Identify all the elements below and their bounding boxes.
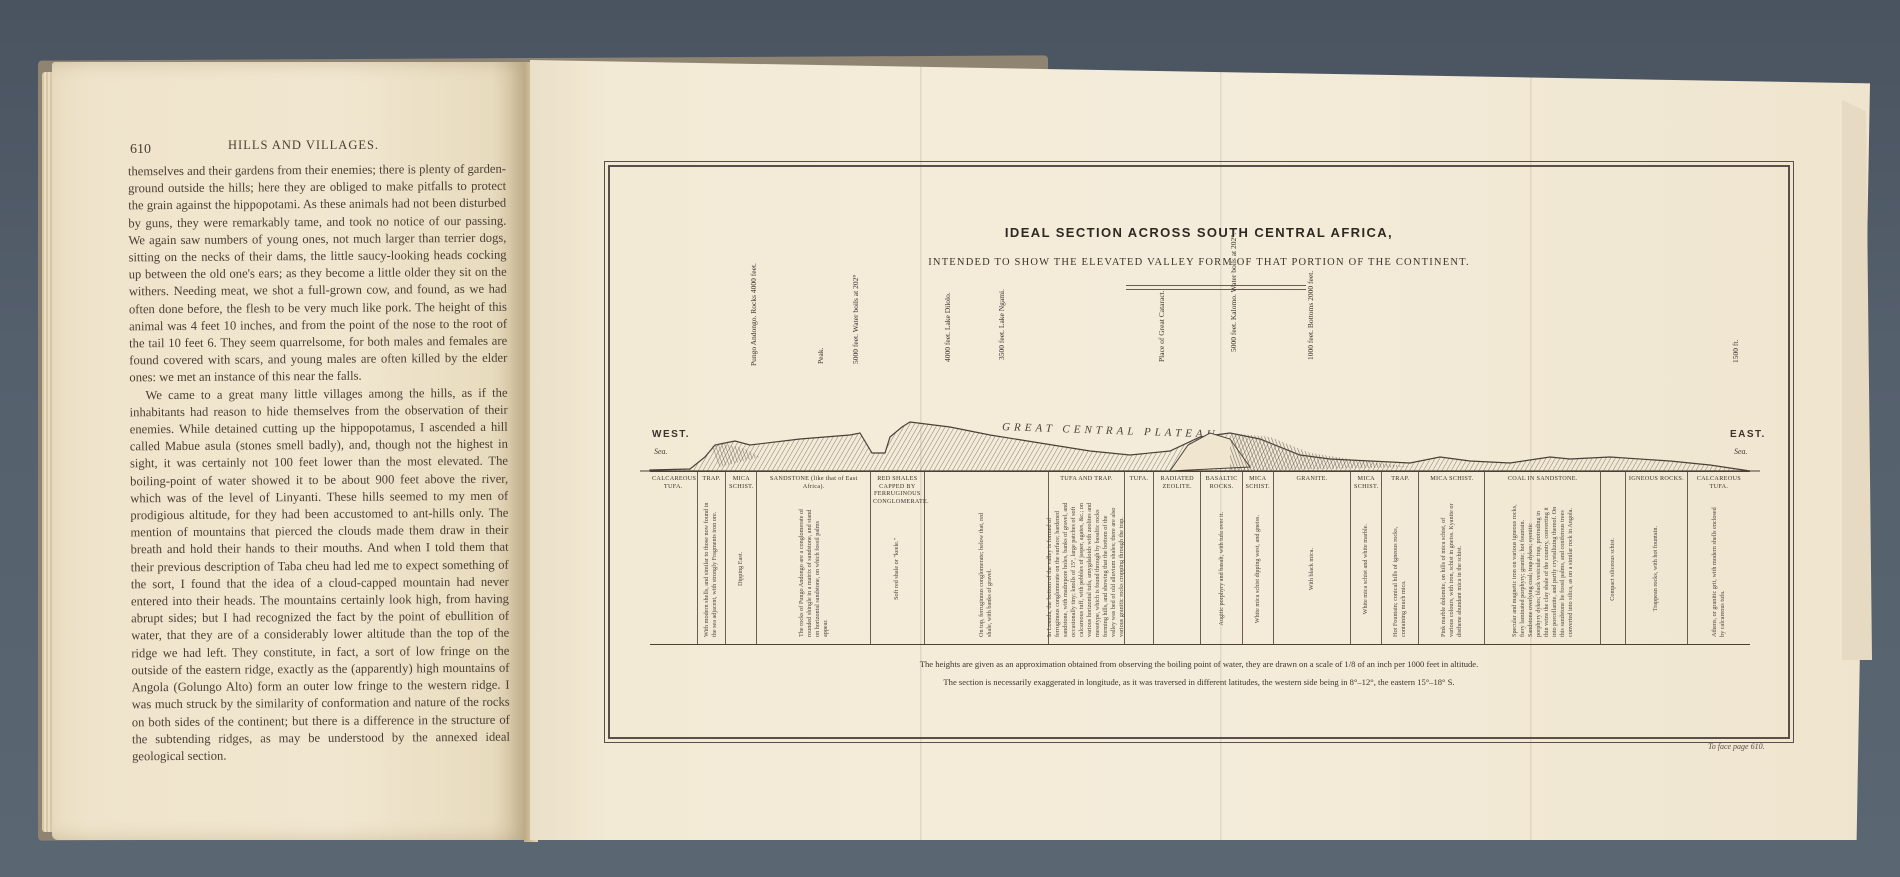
stratum-column: MICA SCHIST.White mica schist and white …: [1351, 472, 1382, 644]
stratum-description: Compact siliceous schist.: [1609, 500, 1617, 638]
stratum-column: MICA SCHIST.Pink marble dolomite, on hil…: [1419, 472, 1485, 644]
stratum-column: TRAP.Hot Fountain; conical hills of igne…: [1382, 472, 1419, 644]
stratum-description: White mica schist and white marble.: [1362, 500, 1370, 638]
stratum-description: Soft red shale or "keele.": [893, 500, 901, 638]
stratum-column: CALCAREOUS TUFA.: [650, 472, 698, 644]
stratum-column: BASALTIC ROCKS.Augitic porphyry and basa…: [1201, 472, 1242, 644]
altitude-label: 5000 feet. Water boils at 202°: [851, 275, 860, 364]
stratum-description-text: White mica schist and white marble.: [1362, 524, 1370, 614]
paragraph: We came to a great many little villages …: [129, 384, 510, 765]
title-rule: [1126, 285, 1306, 290]
stratum-description: In Loanda, the bottom of the valley is f…: [1046, 500, 1126, 638]
stratum-heading: IGNEOUS ROCKS.: [1628, 475, 1685, 483]
stratum-description-text: In Loanda, the bottom of the valley is f…: [1046, 502, 1126, 637]
stratum-heading: RADIATED ZEOLITE.: [1156, 475, 1199, 490]
stratum-heading: MICA SCHIST.: [728, 475, 754, 490]
stratum-heading: CALCAREOUS TUFA.: [652, 475, 695, 490]
altitude-label: Place of Great Cataract.: [1157, 290, 1166, 362]
stratum-heading: SANDSTONE (like that of East Africa).: [759, 475, 868, 490]
stratum-description-text: Augitic porphyry and basalt, with tufa o…: [1218, 512, 1226, 626]
stratum-column: CALCAREOUS TUFA.Athens, or granitic grit…: [1688, 472, 1750, 644]
altitude-label: Pungo Andongo. Rocks 4000 feet.: [749, 263, 758, 366]
stratum-description: The rocks of Pungo Andongo are a conglom…: [798, 500, 830, 638]
stratum-heading: TUFA.: [1127, 475, 1151, 483]
stratum-description: Trappean rocks, with hot fountain.: [1652, 500, 1660, 638]
face-page-note: To face page 610.: [1708, 742, 1765, 751]
left-page: 610 HILLS AND VILLAGES. themselves and t…: [52, 62, 530, 840]
page-number: 610: [130, 142, 151, 158]
stratum-description: Augitic porphyry and basalt, with tufa o…: [1218, 500, 1226, 638]
plate-note-1: The heights are given as an approximatio…: [610, 659, 1788, 669]
stratum-column: RED SHALES CAPPED BY FERRUGINOUS CONGLOM…: [871, 472, 925, 644]
altitude-label: Peak.: [816, 348, 825, 364]
stratum-heading: TUFA AND TRAP.: [1051, 475, 1122, 483]
plate-subtitle: INTENDED TO SHOW THE ELEVATED VALLEY FOR…: [610, 257, 1788, 268]
stratum-description: White mica schist dipping west, and gnei…: [1254, 500, 1262, 638]
paragraph: themselves and their gardens from their …: [128, 161, 508, 387]
stratum-column: IGNEOUS ROCKS.Trappean rocks, with hot f…: [1626, 472, 1688, 644]
stratum-column: On top, ferruginous conglomerate; below …: [925, 472, 1049, 644]
terrain-profile-icon: [610, 367, 1788, 477]
stratum-heading: BASALTIC ROCKS.: [1203, 475, 1239, 490]
body-text: themselves and their gardens from their …: [128, 161, 510, 766]
geological-section-plate: IDEAL SECTION ACROSS SOUTH CENTRAL AFRIC…: [608, 165, 1790, 739]
stratum-description-text: With black mica.: [1308, 548, 1316, 590]
stratum-heading: CALCAREOUS TUFA.: [1690, 475, 1748, 490]
stratum-description: With black mica.: [1308, 500, 1316, 638]
stratum-description-text: Compact siliceous schist.: [1609, 538, 1617, 601]
stratum-description: Specular and magnetic iron on various ig…: [1511, 500, 1575, 638]
stratum-column: COAL IN SANDSTONE.Specular and magnetic …: [1485, 472, 1601, 644]
stratum-heading: GRANITE.: [1276, 475, 1348, 483]
altitude-label: 4000 feet. Lake Dilolo.: [943, 292, 952, 362]
stratum-description-text: White mica schist dipping west, and gnei…: [1254, 515, 1262, 623]
page-header: 610 HILLS AND VILLAGES.: [130, 142, 510, 162]
stratum-heading: MICA SCHIST.: [1245, 475, 1271, 490]
running-head: HILLS AND VILLAGES.: [228, 138, 379, 153]
stratum-description: Dipping East.: [737, 500, 745, 638]
plate-title: IDEAL SECTION ACROSS SOUTH CENTRAL AFRIC…: [610, 225, 1788, 240]
stratum-column: GRANITE.With black mica.: [1274, 472, 1351, 644]
stratum-heading: TRAP.: [1384, 475, 1416, 483]
stratum-column: MICA SCHIST.White mica schist dipping we…: [1243, 472, 1274, 644]
altitude-label: 1500 ft.: [1731, 340, 1740, 363]
stratum-description: With modern shells, and similar to those…: [703, 500, 719, 638]
stratum-description-text: Hot Fountain; conical hills of igneous r…: [1392, 502, 1408, 637]
stratum-description: Athens, or granitic grit, with modern sh…: [1711, 500, 1727, 638]
stratum-column: RADIATED ZEOLITE.: [1154, 472, 1202, 644]
stratum-description-text: Specular and magnetic iron on various ig…: [1511, 502, 1575, 637]
stratum-heading: COAL IN SANDSTONE.: [1487, 475, 1598, 483]
stratum-description-text: Dipping East.: [737, 552, 745, 586]
stratum-column: TRAP.With modern shells, and similar to …: [698, 472, 727, 644]
altitude-label: 3500 feet. Lake Ngami.: [997, 289, 1006, 360]
stratum-column: TUFA.: [1125, 472, 1154, 644]
altitude-label: 5000 feet. Kalomo. Water boils at 202°.: [1229, 233, 1238, 352]
stratum-column: TUFA AND TRAP.In Loanda, the bottom of t…: [1049, 472, 1125, 644]
stratum-column: SANDSTONE (like that of East Africa).The…: [757, 472, 871, 644]
stratum-column: Compact siliceous schist.: [1601, 472, 1626, 644]
stratum-description: Hot Fountain; conical hills of igneous r…: [1392, 500, 1408, 638]
stratum-description-text: On top, ferruginous conglomerate; below …: [978, 502, 994, 637]
stratum-heading: MICA SCHIST.: [1421, 475, 1482, 483]
stratum-description-text: Soft red shale or "keele.": [893, 538, 901, 600]
altitude-label: 1000 feet. Bottoms 2000 feet.: [1306, 271, 1315, 360]
strata-table: CALCAREOUS TUFA.TRAP.With modern shells,…: [650, 471, 1750, 645]
stratum-heading: MICA SCHIST.: [1353, 475, 1379, 490]
stratum-description: Pink marble dolomite, on hills of mica s…: [1440, 500, 1464, 638]
stratum-description-text: With modern shells, and similar to those…: [703, 502, 719, 637]
stratum-description-text: Trappean rocks, with hot fountain.: [1652, 526, 1660, 611]
stratum-description: On top, ferruginous conglomerate; below …: [978, 500, 994, 638]
stratum-heading: TRAP.: [700, 475, 724, 483]
stratum-description-text: The rocks of Pungo Andongo are a conglom…: [798, 502, 830, 637]
stratum-column: MICA SCHIST.Dipping East.: [726, 472, 757, 644]
stratum-description-text: Pink marble dolomite, on hills of mica s…: [1440, 502, 1464, 637]
stratum-description-text: Athens, or granitic grit, with modern sh…: [1711, 502, 1727, 637]
plate-note-2: The section is necessarily exaggerated i…: [610, 677, 1788, 687]
